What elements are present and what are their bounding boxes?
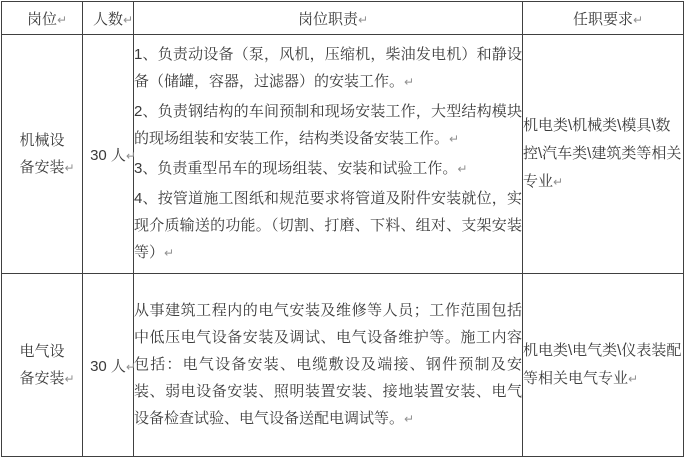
job-positions-table: 岗位↵ 人数↵ 岗位职责↵ 任职要求↵ 机械设备安装↵ 30 人↵ 1、负责动设… <box>1 1 684 457</box>
header-requirements: 任职要求↵ <box>523 2 684 35</box>
header-headcount-label: 人数 <box>93 11 123 28</box>
requirements-text: 机电类\电气类\仪表装配等相关电气专业 <box>523 342 681 387</box>
headcount-cell: 30 人↵ <box>83 35 134 274</box>
position-name: 电气设备安装 <box>20 343 65 387</box>
document-page: 岗位↵ 人数↵ 岗位职责↵ 任职要求↵ 机械设备安装↵ 30 人↵ 1、负责动设… <box>0 0 690 462</box>
position-cell-electrical: 电气设备安装↵ <box>2 274 83 457</box>
duty-item: 3、负责重型吊车的现场组装、安装和试验工作。↵ <box>134 155 522 183</box>
duty-item: 1、负责动设备（泵，风机，压缩机，柴油发电机）和静设备（储罐，容器，过滤器）的安… <box>134 41 522 96</box>
duty-item: 2、负责钢结构的车间预制和现场安装工作，大型结构模块的现场组装和安装工作，结构类… <box>134 98 522 153</box>
table-header-row: 岗位↵ 人数↵ 岗位职责↵ 任职要求↵ <box>2 2 684 35</box>
header-headcount: 人数↵ <box>83 2 134 35</box>
headcount-value: 30 人 <box>90 358 126 375</box>
duty-item: 从事建筑工程内的电气安装及维修等人员；工作范围包括中低压电气设备安装及调试、电气… <box>134 297 522 433</box>
requirements-text: 机电类\机械类\模具\数控\汽车类\建筑类等相关专业 <box>523 117 681 190</box>
header-position-label: 岗位 <box>27 11 57 28</box>
table-row: 电气设备安装↵ 30 人↵ 从事建筑工程内的电气安装及维修等人员；工作范围包括中… <box>2 274 684 457</box>
position-name: 机械设备安装 <box>20 132 65 176</box>
position-cell-mechanical: 机械设备安装↵ <box>2 35 83 274</box>
header-duties-label: 岗位职责 <box>298 11 358 28</box>
headcount-value: 30 人 <box>90 147 126 164</box>
requirements-cell: 机电类\机械类\模具\数控\汽车类\建筑类等相关专业↵ <box>523 35 684 274</box>
table-row: 机械设备安装↵ 30 人↵ 1、负责动设备（泵，风机，压缩机，柴油发电机）和静设… <box>2 35 684 274</box>
duties-cell: 从事建筑工程内的电气安装及维修等人员；工作范围包括中低压电气设备安装及调试、电气… <box>134 274 523 457</box>
header-requirements-label: 任职要求 <box>573 11 633 28</box>
requirements-cell: 机电类\电气类\仪表装配等相关电气专业↵ <box>523 274 684 457</box>
duty-item: 4、按管道施工图纸和规范要求将管道及附件安装就位，实现介质输送的功能。（切割、打… <box>134 185 522 267</box>
header-position: 岗位↵ <box>2 2 83 35</box>
header-duties: 岗位职责↵ <box>134 2 523 35</box>
headcount-cell: 30 人↵ <box>83 274 134 457</box>
duties-cell: 1、负责动设备（泵，风机，压缩机，柴油发电机）和静设备（储罐，容器，过滤器）的安… <box>134 35 523 274</box>
